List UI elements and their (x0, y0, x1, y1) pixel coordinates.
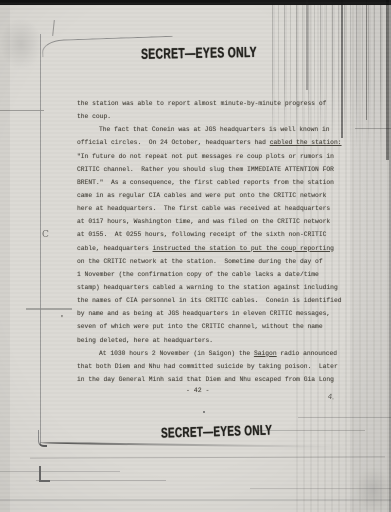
scan-streak (0, 471, 120, 472)
typed-line: the names of CIA personnel in its CRITIC… (77, 294, 352, 307)
scan-top-bar-dark (0, 0, 230, 3)
margin-number-mark: 4. (327, 392, 334, 402)
scan-streak (298, 417, 391, 418)
scan-vertical-streak (366, 0, 367, 120)
typed-line: BRENT." As a consequence, the first cabl… (77, 176, 352, 189)
typed-line: at 0155. At 0255 hours, following receip… (77, 228, 352, 241)
typed-line: stamp) headquarters cabled a warning to … (77, 281, 352, 294)
typed-line: official circles. On 24 October, headqua… (77, 136, 352, 149)
typed-line: on the CRITIC network at the station. So… (77, 255, 352, 268)
secret-stamp-bottom: SECRET—EYES ONLY (161, 424, 273, 442)
scanned-document-page: SECRET—EYES ONLY SECRET—EYES ONLY the st… (0, 0, 391, 512)
scan-left-shade (0, 0, 10, 512)
scan-hook-mark (52, 20, 55, 36)
scan-streak (0, 499, 391, 501)
typed-line: by name and as being at JGS headquarters… (77, 307, 352, 320)
scan-streak (250, 488, 391, 489)
typed-line: the coup. (77, 110, 352, 123)
scan-vertical-streak (386, 0, 389, 160)
typed-line: "In future do not repeat not put message… (77, 150, 352, 163)
secret-stamp-top: SECRET—EYES ONLY (141, 43, 257, 62)
page-number: - 42 - (186, 387, 209, 394)
page-corner-bottom-left (38, 430, 47, 447)
scan-streak (0, 110, 44, 111)
page-edge-left (40, 34, 41, 446)
scan-streak (36, 480, 166, 481)
typed-line: cable, headquarters instructed the stati… (77, 242, 352, 255)
typed-line: that both Diem and Nhu had committed sui… (77, 360, 352, 373)
typed-line: The fact that Conein was at JGS headquar… (77, 123, 352, 136)
typed-line: At 1030 hours 2 November (in Saigon) the… (77, 347, 352, 360)
handwritten-c-mark: C (42, 230, 49, 240)
typed-line: seven of which were put into the CRITIC … (77, 320, 352, 333)
stray-dot (203, 411, 205, 413)
typed-text: the station was able to report almost mi… (77, 97, 352, 386)
typed-line: 1 November (the confirmation copy of the… (77, 268, 352, 281)
typed-line: in the day General Minh said that Diem a… (77, 373, 352, 386)
typed-line: being deleted, here at headquarters. (77, 334, 352, 347)
scan-vertical-streak (306, 0, 308, 90)
typed-line: came in as regular CIA cables and were p… (77, 189, 352, 202)
corner-l-mark (39, 466, 50, 482)
scan-streak (26, 308, 72, 310)
typed-line: CRITIC channel. Rather you should slug t… (77, 163, 352, 176)
typed-line: at 0117 hours, Washington time, and was … (77, 215, 352, 228)
typed-line: the station was able to report almost mi… (77, 97, 352, 110)
typed-line: here at headquarters. The first cable wa… (77, 202, 352, 215)
tick-mark: ' (61, 314, 63, 323)
